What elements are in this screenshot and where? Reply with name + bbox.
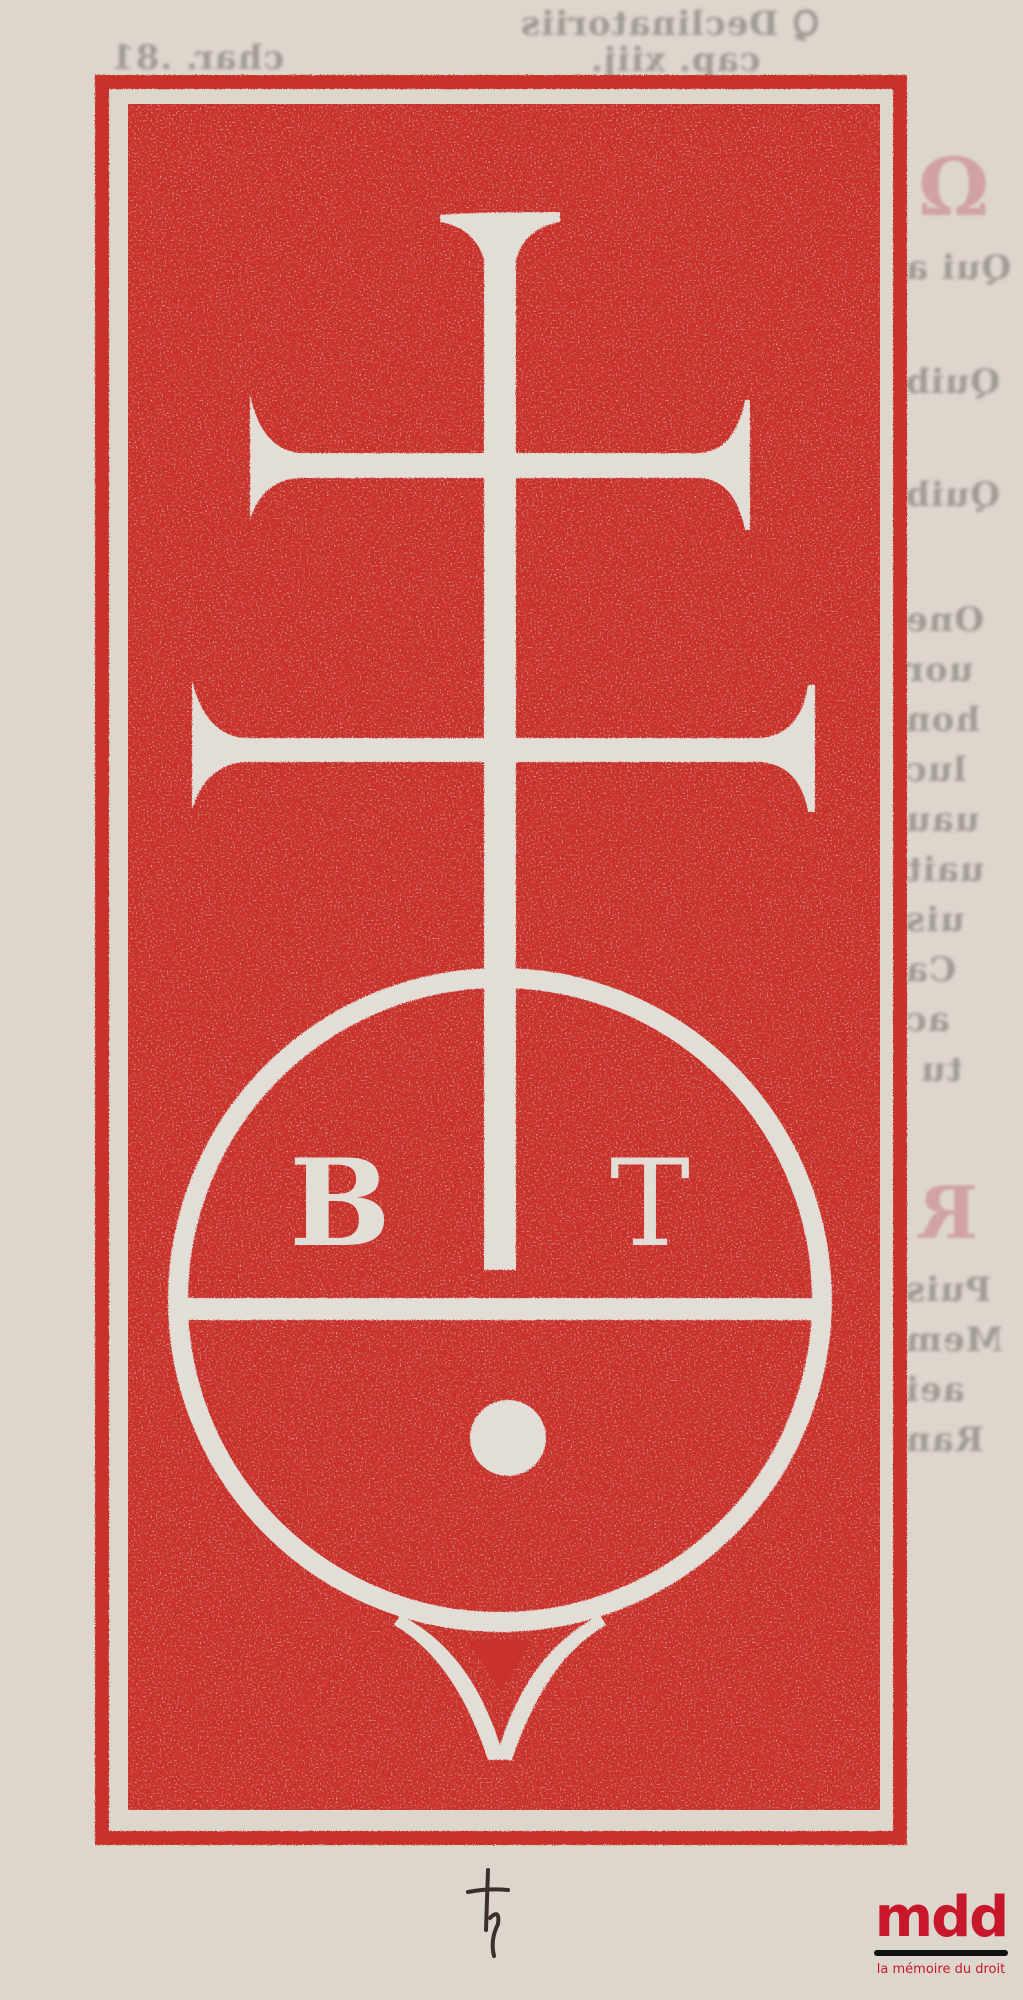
watermark-tagline: la mémoire du droit (866, 1962, 1016, 1977)
watermark: mdd la mémoire du droit (866, 1890, 1016, 1990)
handwritten-mark (460, 1860, 540, 1960)
orb-dot (470, 1400, 546, 1476)
watermark-logo: mdd (866, 1890, 1016, 1946)
letter-b: B (289, 1133, 390, 1274)
printer-mark: B T (0, 0, 1023, 2000)
watermark-rule (874, 1950, 1008, 1956)
book-page-photo: Ꝗ Declinatoriis char. .81 cap. xiij. Ω Q… (0, 0, 1023, 2000)
letter-t: T (610, 1135, 690, 1274)
orb-divider (180, 1298, 820, 1320)
